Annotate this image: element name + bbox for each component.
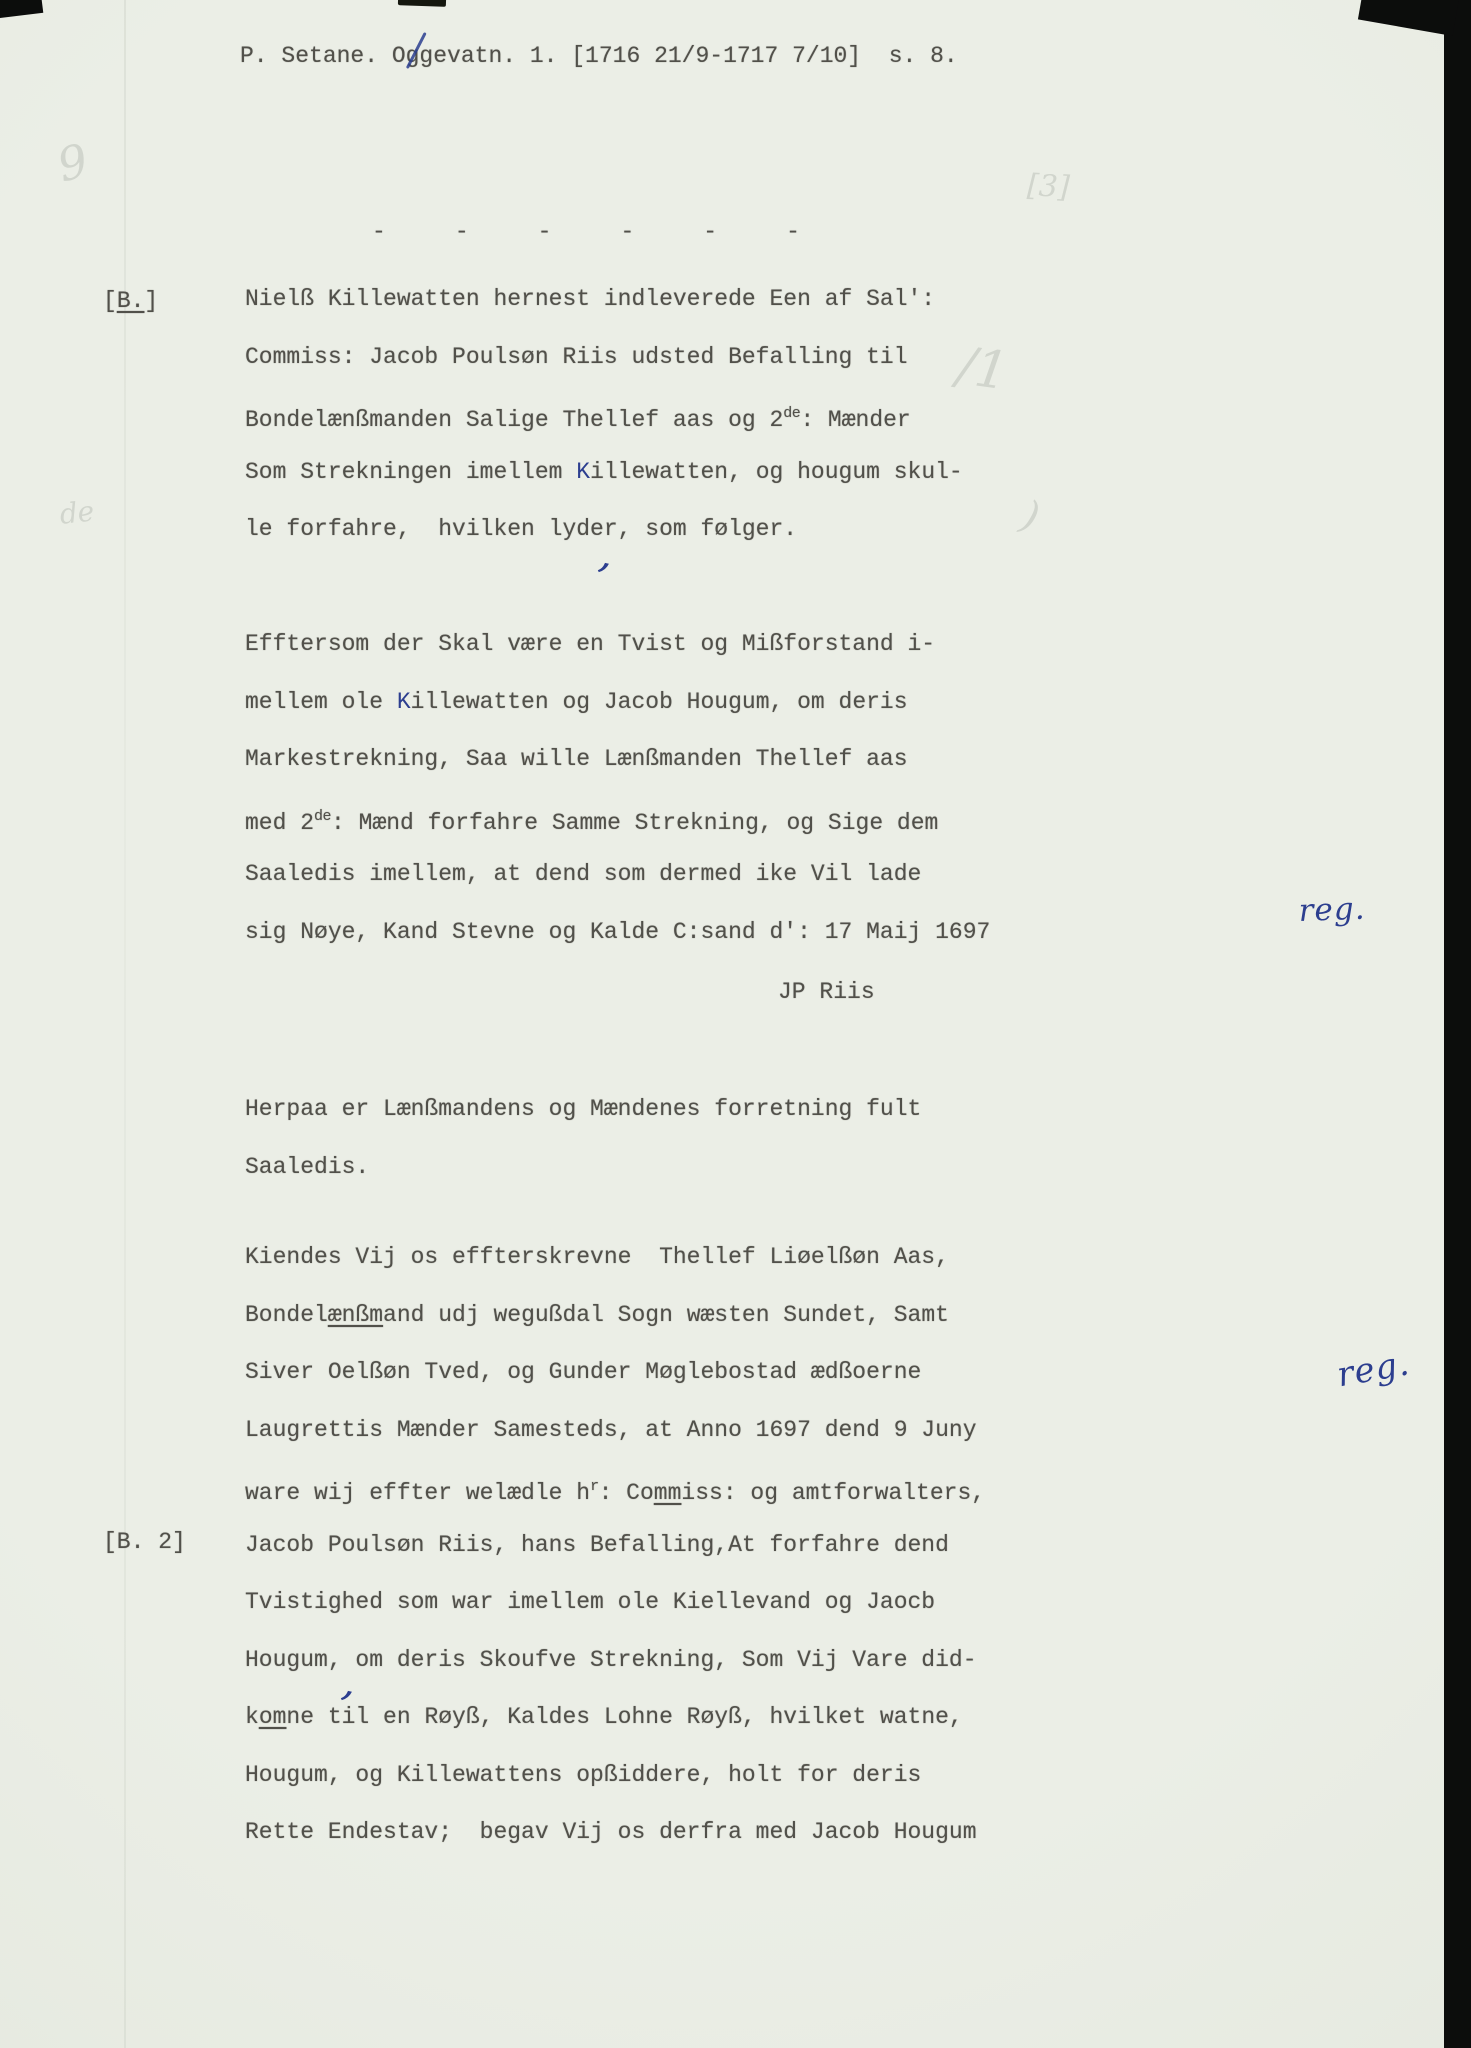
pencil-mark-2: de [58,494,96,530]
text-line: Commiss: Jacob Poulsøn Riis udsted Befal… [245,343,908,371]
pencil-mark-3: /1 [954,336,1012,402]
text-line: Bondelænßmand udj wegußdal Sogn wæsten S… [245,1301,949,1329]
text-line: Som Strekningen imellem Killewatten, og … [245,458,963,486]
margin-label-b1: [B.] [103,287,158,315]
document-page: P. Setane. Oggevatn. 1. [1716 21/9-1717 … [0,0,1471,2048]
pencil-mark-5: [3] [1026,168,1070,205]
film-edge-right [1444,0,1471,2048]
film-edge-top-left [0,0,43,19]
text-line: Saaledis imellem, at dend som dermed ike… [245,860,921,888]
pencil-mark-4: ) [1016,492,1045,541]
text-line: komne til en Røyß, Kaldes Lohne Røyß, hv… [245,1703,963,1731]
text-line: Kiendes Vij os effterskrevne Thellef Liø… [245,1243,949,1271]
pencil-mark-1: 9 [52,133,93,192]
text-line: med 2de: Mænd forfahre Samme Strekning, … [245,803,938,837]
text-line: JP Riis [778,978,875,1006]
text-line: le forfahre, hvilken lyder, som følger. [245,515,797,543]
text-line: Nielß Killewatten hernest indleverede Ee… [245,285,935,313]
text-line: Efftersom der Skal være en Tvist og Mißf… [245,630,935,658]
text-line: Markestrekning, Saa wille Lænßmanden The… [245,745,908,773]
text-line: mellem ole Killewatten og Jacob Hougum, … [245,688,908,716]
page-header: P. Setane. Oggevatn. 1. [1716 21/9-1717 … [240,42,958,70]
handwritten-reg-1: reg. [1298,891,1366,929]
text-line: sig Nøye, Kand Stevne og Kalde C:sand d'… [245,918,990,946]
text-line: Jacob Poulsøn Riis, hans Befalling,At fo… [245,1531,949,1559]
text-line: Herpaa er Lænßmandens og Mændenes forret… [245,1095,921,1123]
text-line: Rette Endestav; begav Vij os derfra med … [245,1818,977,1846]
text-line: ware wij effter welædle hr: Commiss: og … [245,1473,985,1507]
text-line: Saaledis. [245,1153,369,1181]
handwritten-reg-2: reg. [1334,1343,1413,1395]
film-edge-top-mark [398,0,446,7]
text-line: Tvistighed som war imellem ole Kiellevan… [245,1588,935,1616]
text-line: Hougum, og Killewattens opßiddere, holt … [245,1761,921,1789]
margin-label-b2: [B. 2] [103,1528,186,1556]
film-edge-top-right [1358,0,1460,36]
text-line: Bondelænßmanden Salige Thellef aas og 2d… [245,400,911,434]
text-line: - - - - - - [372,218,800,246]
text-line: Laugrettis Mænder Samesteds, at Anno 169… [245,1416,977,1444]
text-line: Siver Oelßøn Tved, og Gunder Møglebostad… [245,1358,921,1386]
